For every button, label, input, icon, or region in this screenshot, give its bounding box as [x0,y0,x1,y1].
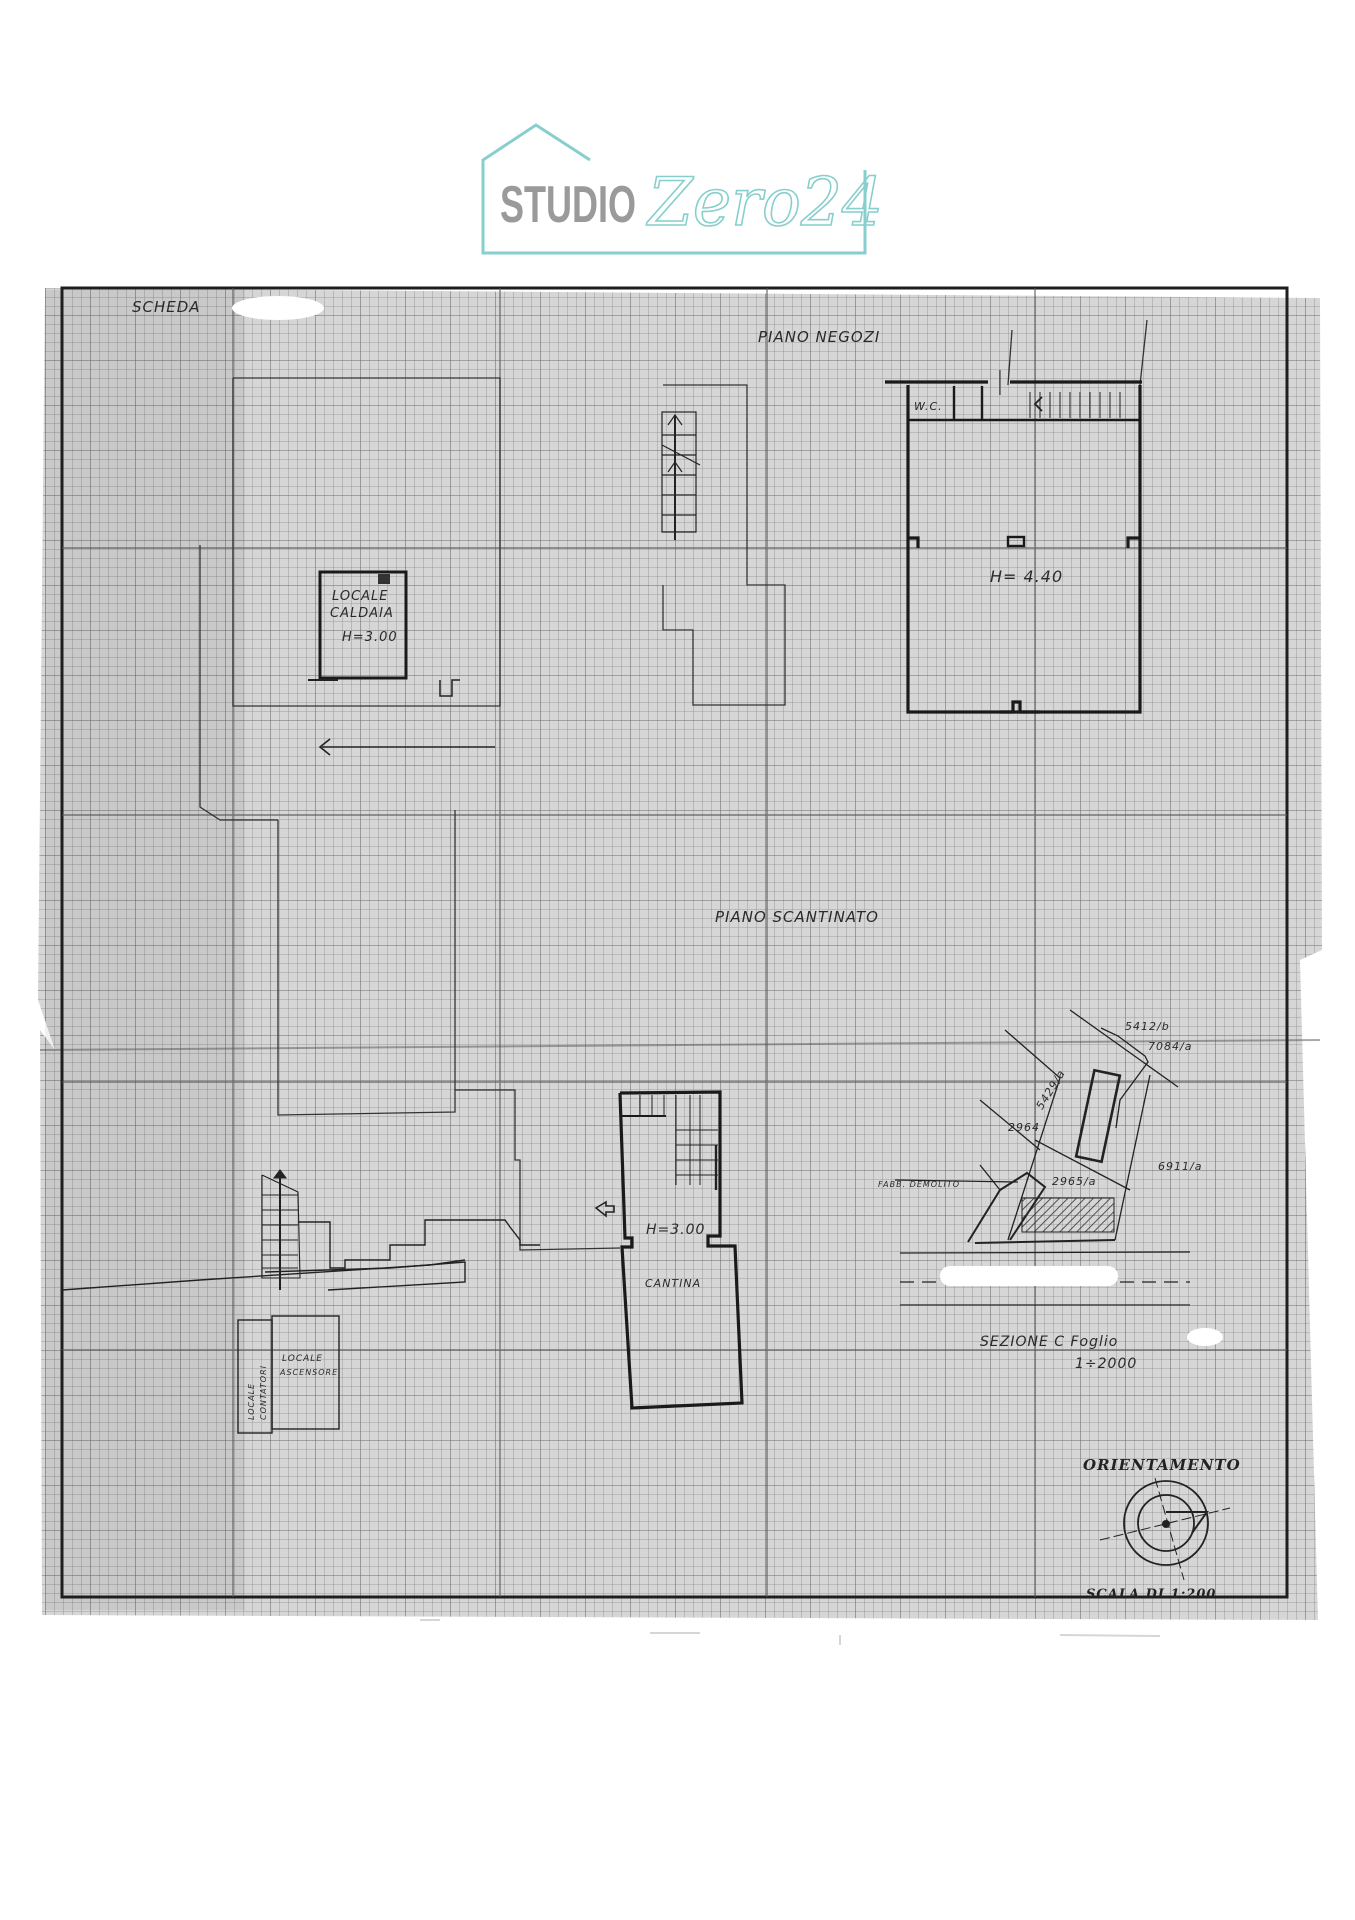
shop-height-label: H= 4.40 [990,567,1063,586]
cellar-height-label: H=3.00 [646,1222,705,1238]
boiler-room-label-2: CALDAIA [330,606,394,621]
parcel-label: 6911/a [1158,1160,1202,1173]
floor-plan-sheet: SCHEDA PIANO NEGOZI [0,0,1355,1920]
meter-room-label-1: LOCALE [247,1383,256,1420]
elevator-room-label-2: ASCENSORE [279,1368,338,1377]
parcel-label: 2965/a [1052,1175,1096,1188]
boiler-room-height: H=3.00 [342,630,398,645]
demolished-building-hatch [1022,1198,1114,1232]
redaction-mark [1187,1328,1223,1346]
wc-label: W.C. [914,400,943,413]
parcel-label: 2964 [1008,1121,1040,1134]
section-label: SEZIONE C Foglio [980,1334,1118,1350]
piano-scantinato-title: PIANO SCANTINATO [715,908,879,926]
orientation-title: ORIENTAMENTO [1083,1456,1241,1474]
scheda-label: SCHEDA [132,298,201,316]
redaction-mark [232,296,324,320]
redaction-mark [940,1266,1118,1286]
parcel-label: 7084/a [1148,1040,1192,1053]
cellar-label: CANTINA [645,1277,701,1290]
elevator-room-label-1: LOCALE [282,1354,323,1364]
piano-negozi-title: PIANO NEGOZI [758,328,880,346]
parcel-label: 5412/b [1125,1020,1170,1033]
demolished-label: FABB. DEMOLITO [878,1180,960,1189]
meter-room-label-2: CONTATORI [259,1365,268,1420]
boiler-room-label-1: LOCALE [332,589,389,604]
scale-label: SCALA DI 1:200 [1086,1587,1216,1602]
section-scale: 1÷2000 [1075,1356,1137,1372]
